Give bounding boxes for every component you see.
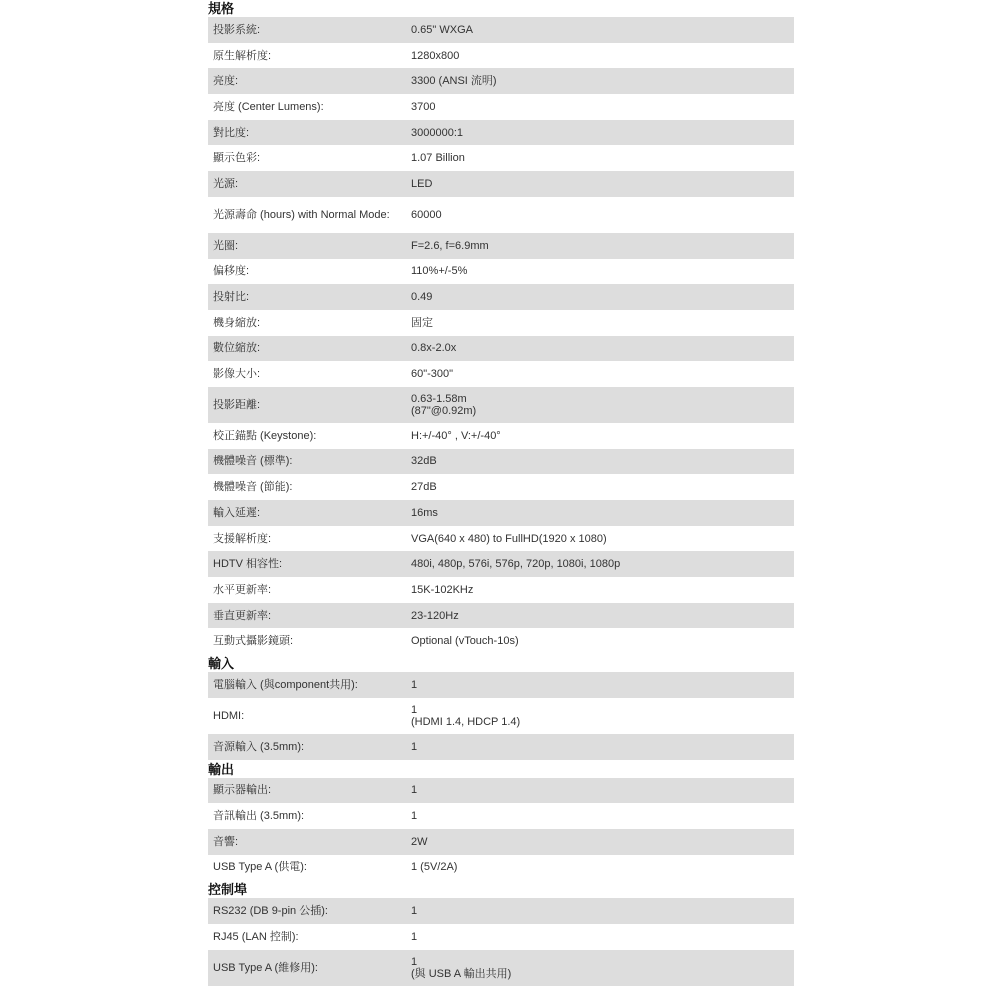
spec-label: 投影系統: xyxy=(208,17,411,43)
spec-value-line: F=2.6, f=6.9mm xyxy=(411,240,794,252)
spec-value: 1(HDMI 1.4, HDCP 1.4) xyxy=(411,698,794,734)
spec-row: USB Type A (供電):1 (5V/2A) xyxy=(208,855,794,881)
spec-label: 電腦輸入 (與component共用): xyxy=(208,672,411,698)
spec-value-line: LED xyxy=(411,178,794,190)
spec-value: 110%+/-5% xyxy=(411,259,794,285)
spec-label: 原生解析度: xyxy=(208,43,411,69)
spec-value-line: 3300 (ANSI 流明) xyxy=(411,75,794,87)
spec-value-line: 0.49 xyxy=(411,291,794,303)
spec-value-line: 27dB xyxy=(411,481,794,493)
spec-value: 23-120Hz xyxy=(411,603,794,629)
spec-label: 光源壽命 (hours) with Normal Mode: xyxy=(208,197,411,233)
spec-value: 0.65" WXGA xyxy=(411,17,794,43)
spec-value: F=2.6, f=6.9mm xyxy=(411,233,794,259)
spec-value-line: 1 xyxy=(411,905,794,917)
spec-label: 顯示色彩: xyxy=(208,145,411,171)
spec-label: 投影距離: xyxy=(208,387,411,423)
spec-value-line: Optional (vTouch-10s) xyxy=(411,635,794,647)
spec-value: 3700 xyxy=(411,94,794,120)
spec-label: 水平更新率: xyxy=(208,577,411,603)
spec-row: 投射比:0.49 xyxy=(208,284,794,310)
spec-label: 校正錨點 (Keystone): xyxy=(208,423,411,449)
spec-value: 27dB xyxy=(411,474,794,500)
spec-label: 偏移度: xyxy=(208,259,411,285)
spec-value-line: 1 (5V/2A) xyxy=(411,861,794,873)
spec-value: H:+/-40° , V:+/-40° xyxy=(411,423,794,449)
spec-label: 音源輸入 (3.5mm): xyxy=(208,734,411,760)
spec-label: 音響: xyxy=(208,829,411,855)
spec-row: 投影距離:0.63-1.58m(87"@0.92m) xyxy=(208,387,794,423)
spec-label: RJ45 (LAN 控制): xyxy=(208,924,411,950)
spec-table: 顯示器輸出:1音訊輸出 (3.5mm):1音響:2WUSB Type A (供電… xyxy=(208,778,794,881)
spec-value: 1(與 USB A 輸出共用) xyxy=(411,950,794,986)
spec-value: 2W xyxy=(411,829,794,855)
spec-value-line: (HDMI 1.4, HDCP 1.4) xyxy=(411,716,794,728)
spec-value: 3000000:1 xyxy=(411,120,794,146)
spec-value-line: 60"-300" xyxy=(411,368,794,380)
spec-value: 1 xyxy=(411,734,794,760)
spec-row: 顯示色彩:1.07 Billion xyxy=(208,145,794,171)
spec-value-line: 1 xyxy=(411,704,794,716)
spec-value-line: 15K-102KHz xyxy=(411,584,794,596)
spec-value: 1 (5V/2A) xyxy=(411,855,794,881)
spec-value: VGA(640 x 480) to FullHD(1920 x 1080) xyxy=(411,526,794,552)
spec-value: 1.07 Billion xyxy=(411,145,794,171)
spec-value-line: (與 USB A 輸出共用) xyxy=(411,968,794,980)
spec-value-line: 60000 xyxy=(411,209,794,221)
spec-row: 水平更新率:15K-102KHz xyxy=(208,577,794,603)
spec-value-line: 480i, 480p, 576i, 576p, 720p, 1080i, 108… xyxy=(411,558,794,570)
spec-value: 0.49 xyxy=(411,284,794,310)
spec-value-line: VGA(640 x 480) to FullHD(1920 x 1080) xyxy=(411,533,794,545)
spec-value-line: 110%+/-5% xyxy=(411,265,794,277)
spec-value-line: 3700 xyxy=(411,101,794,113)
spec-value: 1280x800 xyxy=(411,43,794,69)
spec-value: 3300 (ANSI 流明) xyxy=(411,68,794,94)
spec-value-line: 3000000:1 xyxy=(411,127,794,139)
spec-value: 60"-300" xyxy=(411,361,794,387)
spec-row: 光圈:F=2.6, f=6.9mm xyxy=(208,233,794,259)
spec-row: 校正錨點 (Keystone):H:+/-40° , V:+/-40° xyxy=(208,423,794,449)
spec-row: 影像大小:60"-300" xyxy=(208,361,794,387)
spec-row: 光源:LED xyxy=(208,171,794,197)
spec-row: 顯示器輸出:1 xyxy=(208,778,794,804)
spec-label: HDMI: xyxy=(208,698,411,734)
spec-label: HDTV 相容性: xyxy=(208,551,411,577)
spec-value-line: 23-120Hz xyxy=(411,610,794,622)
spec-table: 投影系統:0.65" WXGA原生解析度:1280x800亮度:3300 (AN… xyxy=(208,17,794,654)
spec-row: 投影系統:0.65" WXGA xyxy=(208,17,794,43)
spec-label: RS232 (DB 9-pin 公插): xyxy=(208,898,411,924)
spec-row: 支援解析度:VGA(640 x 480) to FullHD(1920 x 10… xyxy=(208,526,794,552)
spec-label: USB Type A (維修用): xyxy=(208,950,411,986)
spec-row: 亮度:3300 (ANSI 流明) xyxy=(208,68,794,94)
spec-value: 1 xyxy=(411,778,794,804)
spec-label: 顯示器輸出: xyxy=(208,778,411,804)
section-title: 控制埠 xyxy=(208,881,794,898)
spec-table: 電腦輸入 (與component共用):1HDMI:1(HDMI 1.4, HD… xyxy=(208,672,794,759)
spec-value-line: 1 xyxy=(411,931,794,943)
spec-row: HDTV 相容性:480i, 480p, 576i, 576p, 720p, 1… xyxy=(208,551,794,577)
spec-value-line: 0.63-1.58m xyxy=(411,393,794,405)
spec-label: 亮度: xyxy=(208,68,411,94)
spec-label: 數位縮放: xyxy=(208,336,411,362)
spec-row: 互動式攝影鏡頭:Optional (vTouch-10s) xyxy=(208,628,794,654)
spec-value: 15K-102KHz xyxy=(411,577,794,603)
spec-label: 支援解析度: xyxy=(208,526,411,552)
spec-value-line: H:+/-40° , V:+/-40° xyxy=(411,430,794,442)
spec-row: 垂直更新率:23-120Hz xyxy=(208,603,794,629)
spec-label: 音訊輸出 (3.5mm): xyxy=(208,803,411,829)
spec-value: 1 xyxy=(411,803,794,829)
spec-row: 原生解析度:1280x800 xyxy=(208,43,794,69)
spec-value-line: 1 xyxy=(411,784,794,796)
spec-label: 垂直更新率: xyxy=(208,603,411,629)
spec-label: 影像大小: xyxy=(208,361,411,387)
spec-row: 音訊輸出 (3.5mm):1 xyxy=(208,803,794,829)
spec-sheet: 規格投影系統:0.65" WXGA原生解析度:1280x800亮度:3300 (… xyxy=(208,0,794,986)
spec-row: RS232 (DB 9-pin 公插):1 xyxy=(208,898,794,924)
spec-row: 機體噪音 (節能):27dB xyxy=(208,474,794,500)
spec-row: 偏移度:110%+/-5% xyxy=(208,259,794,285)
spec-row: 光源壽命 (hours) with Normal Mode:60000 xyxy=(208,197,794,233)
spec-label: 機體噪音 (節能): xyxy=(208,474,411,500)
spec-label: 互動式攝影鏡頭: xyxy=(208,628,411,654)
spec-value-line: 16ms xyxy=(411,507,794,519)
spec-row: 音響:2W xyxy=(208,829,794,855)
spec-label: 亮度 (Center Lumens): xyxy=(208,94,411,120)
spec-label: 光圈: xyxy=(208,233,411,259)
spec-label: 光源: xyxy=(208,171,411,197)
spec-value-line: 32dB xyxy=(411,455,794,467)
spec-value-line: 1 xyxy=(411,741,794,753)
spec-value-line: 1 xyxy=(411,956,794,968)
spec-table: RS232 (DB 9-pin 公插):1RJ45 (LAN 控制):1USB … xyxy=(208,898,794,985)
spec-row: 數位縮放:0.8x-2.0x xyxy=(208,336,794,362)
spec-value-line: 0.65" WXGA xyxy=(411,24,794,36)
spec-label: 對比度: xyxy=(208,120,411,146)
spec-value-line: 1 xyxy=(411,679,794,691)
section-title: 輸入 xyxy=(208,655,794,672)
spec-value: 480i, 480p, 576i, 576p, 720p, 1080i, 108… xyxy=(411,551,794,577)
spec-value-line: 固定 xyxy=(411,317,794,329)
section-title: 規格 xyxy=(208,0,794,17)
spec-label: 投射比: xyxy=(208,284,411,310)
spec-value-line: 1.07 Billion xyxy=(411,152,794,164)
spec-value-line: 1280x800 xyxy=(411,50,794,62)
spec-label: USB Type A (供電): xyxy=(208,855,411,881)
spec-value-line: 1 xyxy=(411,810,794,822)
spec-value-line: (87"@0.92m) xyxy=(411,405,794,417)
spec-row: 機身縮放:固定 xyxy=(208,310,794,336)
spec-row: HDMI:1(HDMI 1.4, HDCP 1.4) xyxy=(208,698,794,734)
spec-value: LED xyxy=(411,171,794,197)
spec-row: 輸入延遲:16ms xyxy=(208,500,794,526)
spec-row: 對比度:3000000:1 xyxy=(208,120,794,146)
spec-row: RJ45 (LAN 控制):1 xyxy=(208,924,794,950)
spec-row: 機體噪音 (標準):32dB xyxy=(208,449,794,475)
spec-label: 機身縮放: xyxy=(208,310,411,336)
spec-value: 16ms xyxy=(411,500,794,526)
spec-value-line: 0.8x-2.0x xyxy=(411,342,794,354)
spec-value: 32dB xyxy=(411,449,794,475)
spec-row: 電腦輸入 (與component共用):1 xyxy=(208,672,794,698)
section-title: 輸出 xyxy=(208,761,794,778)
spec-label: 機體噪音 (標準): xyxy=(208,449,411,475)
spec-value: 固定 xyxy=(411,310,794,336)
spec-row: 音源輸入 (3.5mm):1 xyxy=(208,734,794,760)
spec-value-line: 2W xyxy=(411,836,794,848)
spec-value: 60000 xyxy=(411,197,794,233)
spec-value: 0.8x-2.0x xyxy=(411,336,794,362)
spec-value: 0.63-1.58m(87"@0.92m) xyxy=(411,387,794,423)
spec-value: 1 xyxy=(411,898,794,924)
spec-label: 輸入延遲: xyxy=(208,500,411,526)
spec-value: 1 xyxy=(411,924,794,950)
spec-value: 1 xyxy=(411,672,794,698)
spec-row: USB Type A (維修用):1(與 USB A 輸出共用) xyxy=(208,950,794,986)
spec-value: Optional (vTouch-10s) xyxy=(411,628,794,654)
spec-row: 亮度 (Center Lumens):3700 xyxy=(208,94,794,120)
